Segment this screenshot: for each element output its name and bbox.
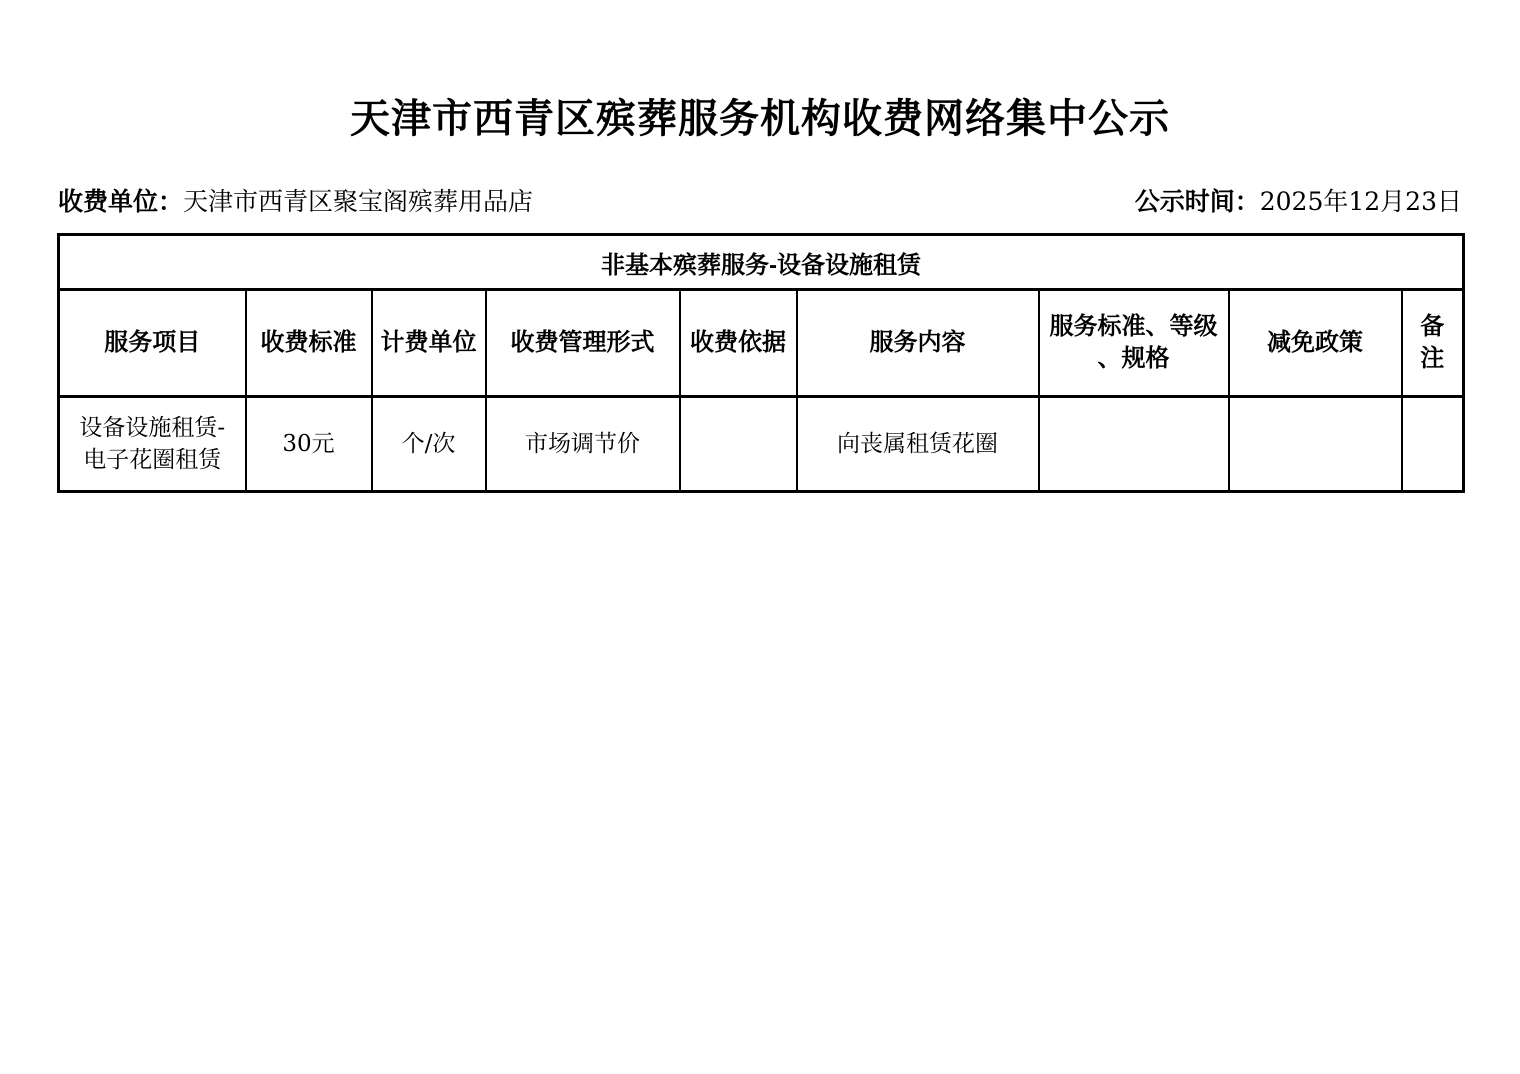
document-page: 天津市西青区殡葬服务机构收费网络集中公示 收费单位：天津市西青区聚宝阁殡葬用品店… [0,0,1520,1074]
page-title: 天津市西青区殡葬服务机构收费网络集中公示 [0,97,1520,140]
charging-unit: 收费单位：天津市西青区聚宝阁殡葬用品店 [58,187,533,217]
cell-service-content: 向丧属租赁花圈 [797,397,1039,492]
col-header-remarks: 备注 [1402,290,1464,397]
publicity-time: 公示时间：2025年12月23日 [1135,187,1462,217]
cell-billing-unit: 个/次 [372,397,486,492]
band-header-row: 非基本殡葬服务-设备设施租赁 [59,235,1464,290]
col-header-service-item: 服务项目 [59,290,246,397]
table-band-header: 非基本殡葬服务-设备设施租赁 [59,235,1464,290]
cell-remarks [1402,397,1464,492]
col-header-fee-basis: 收费依据 [680,290,797,397]
info-row: 收费单位：天津市西青区聚宝阁殡葬用品店 公示时间：2025年12月23日 [58,187,1462,217]
col-header-fee-standard: 收费标准 [246,290,372,397]
cell-reduction-policy [1229,397,1402,492]
col-header-fee-management-form: 收费管理形式 [486,290,680,397]
fee-table: 非基本殡葬服务-设备设施租赁 服务项目 收费标准 计费单位 收费管理形式 收费依… [57,233,1465,493]
col-header-billing-unit: 计费单位 [372,290,486,397]
col-header-reduction-policy: 减免政策 [1229,290,1402,397]
cell-fee-management-form: 市场调节价 [486,397,680,492]
cell-service-spec [1039,397,1229,492]
charging-unit-value: 天津市西青区聚宝阁殡葬用品店 [183,187,533,216]
cell-service-item: 设备设施租赁- 电子花圈租赁 [59,397,246,492]
charging-unit-label: 收费单位： [58,188,183,216]
cell-fee-standard: 30元 [246,397,372,492]
col-header-service-content: 服务内容 [797,290,1039,397]
column-header-row: 服务项目 收费标准 计费单位 收费管理形式 收费依据 服务内容 服务标准、等级 … [59,290,1464,397]
publicity-time-label: 公示时间： [1135,188,1260,216]
col-header-service-spec: 服务标准、等级 、规格 [1039,290,1229,397]
cell-fee-basis [680,397,797,492]
table-row: 设备设施租赁- 电子花圈租赁 30元 个/次 市场调节价 向丧属租赁花圈 [59,397,1464,492]
publicity-time-value: 2025年12月23日 [1260,187,1462,216]
